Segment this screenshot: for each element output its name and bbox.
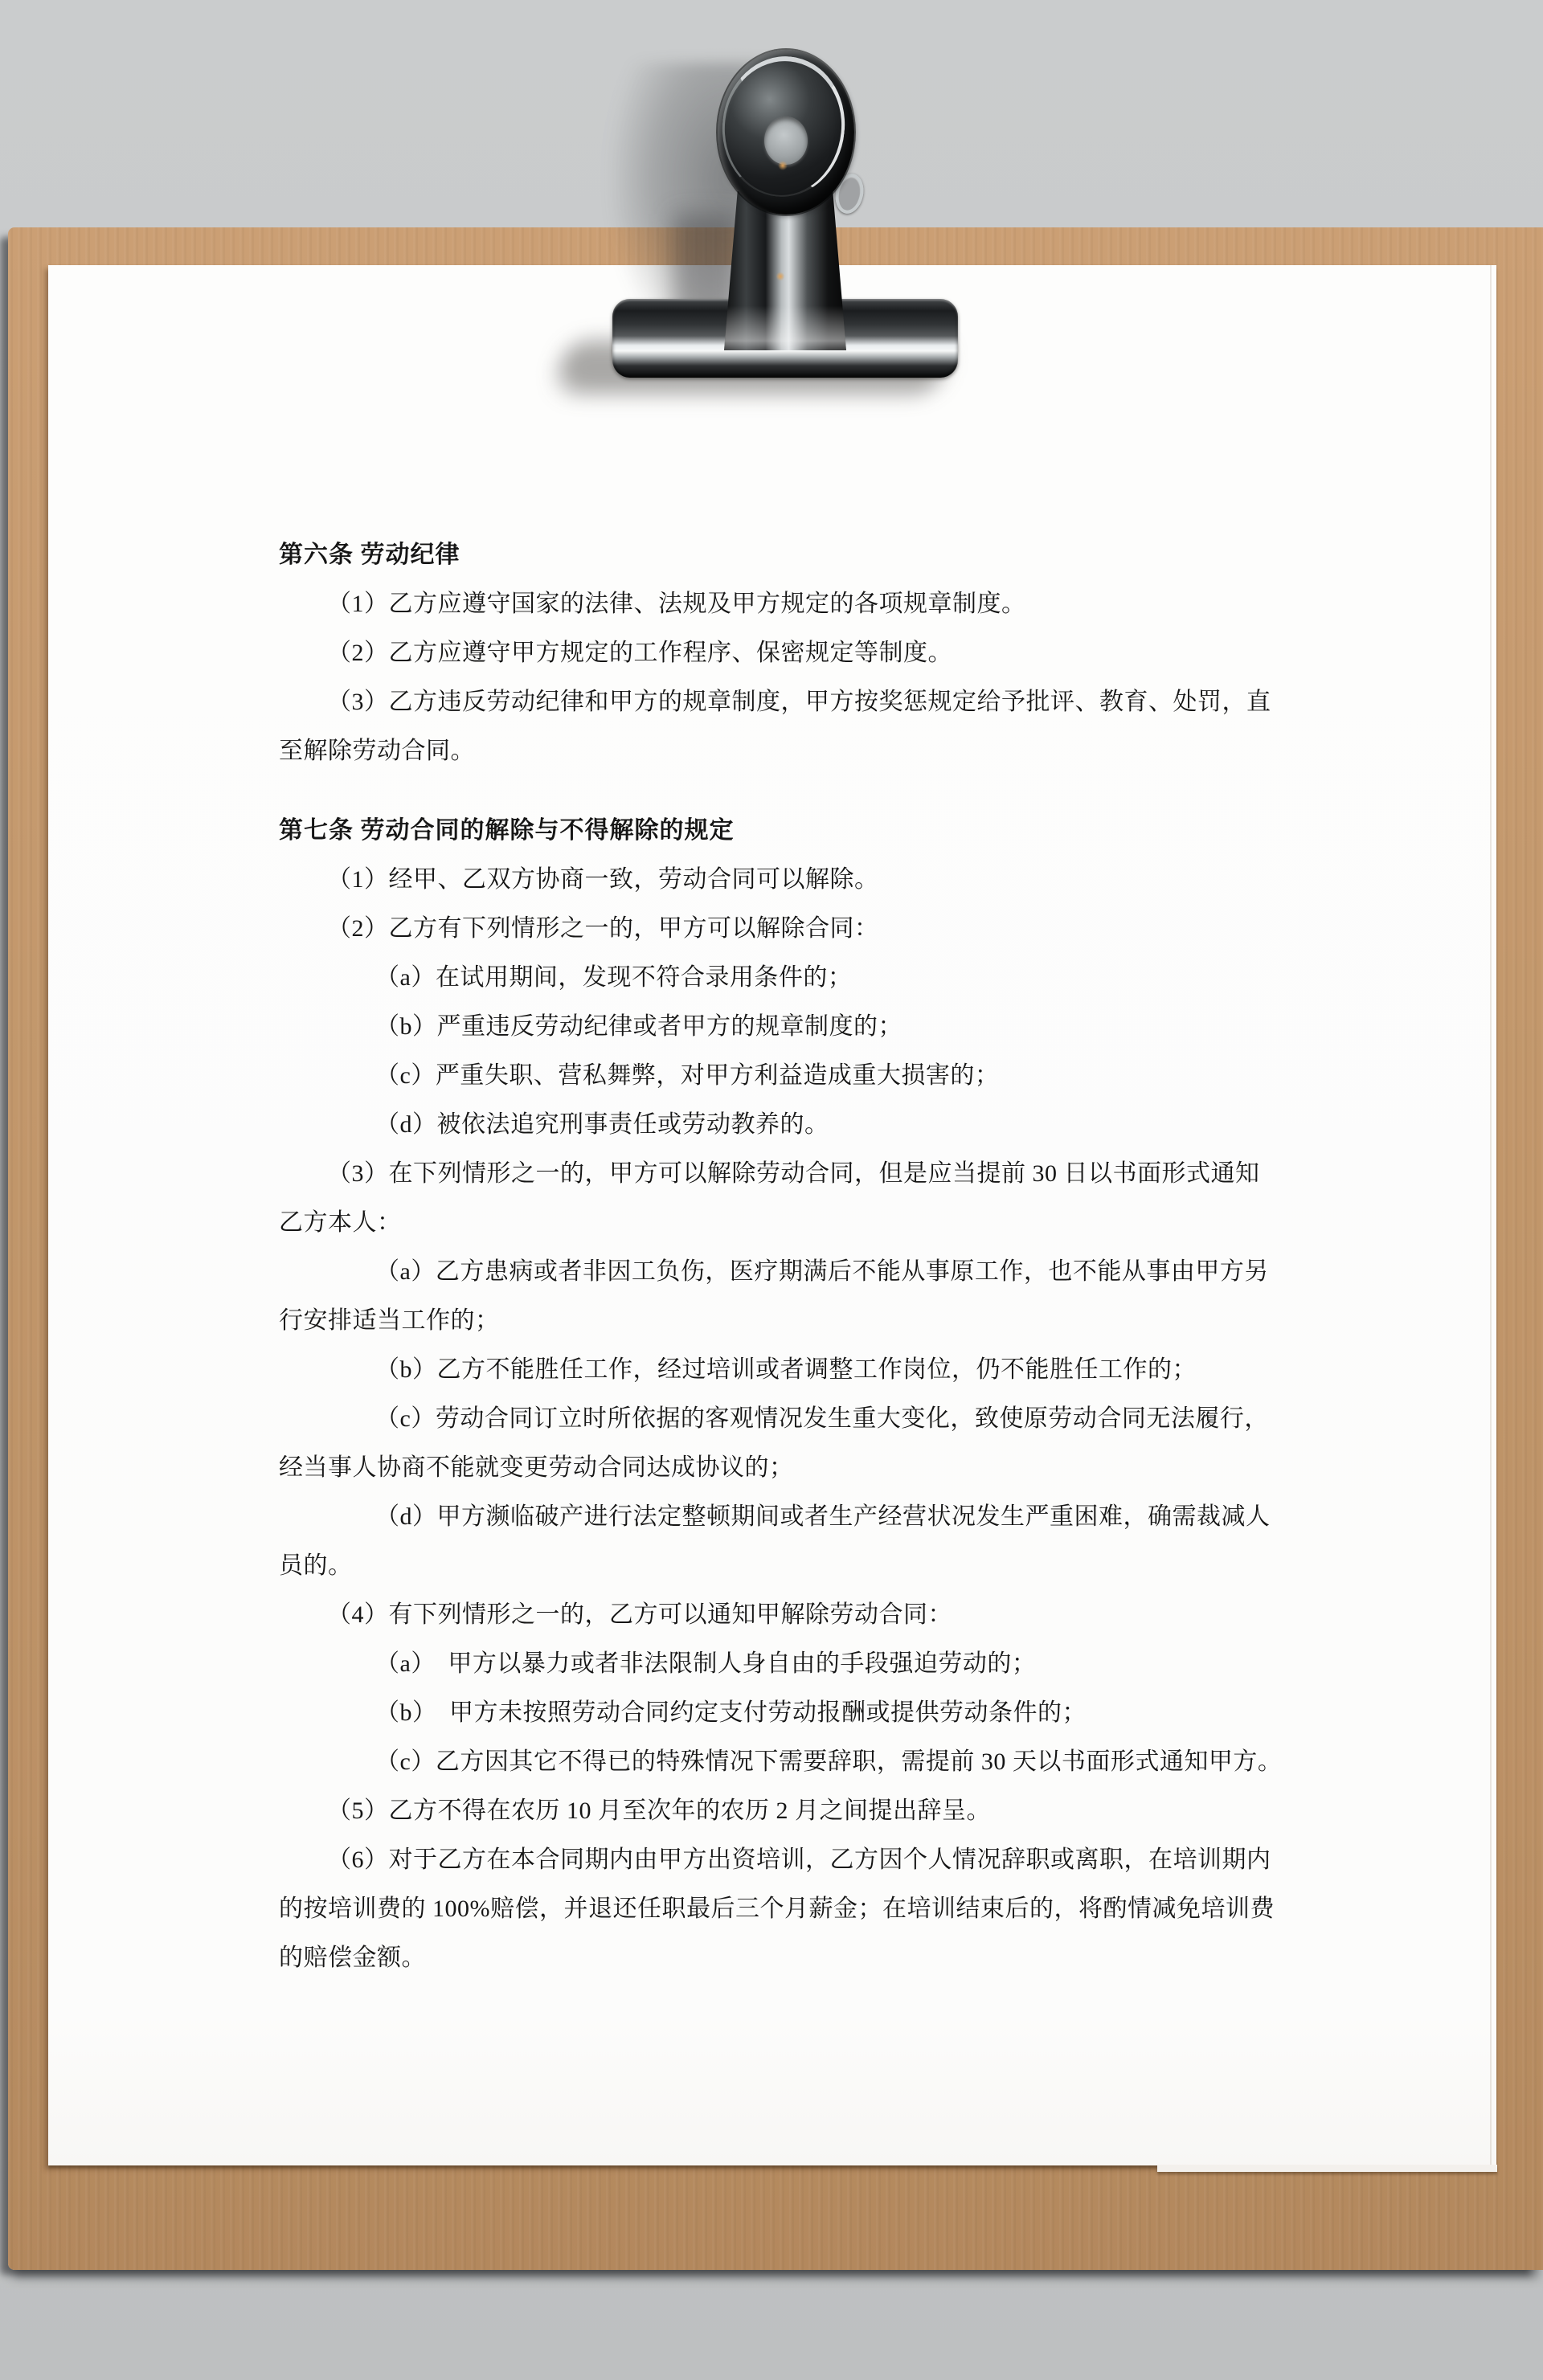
paper-bottom-sheet-edge	[1157, 2165, 1497, 2172]
doc-body-line: （5）乙方不得在农历 10 月至次年的农历 2 月之间提出辞呈。	[279, 1786, 1271, 1835]
doc-heading-line: 第六条 劳动纪律	[279, 530, 1271, 579]
doc-body-line: （3）乙方违反劳动纪律和甲方的规章制度，甲方按奖惩规定给予批评、教育、处罚，直	[279, 677, 1271, 726]
clip-glint	[776, 272, 784, 281]
paper-sheet-edge	[1490, 265, 1492, 2165]
doc-body-line: （a）乙方患病或者非因工负伤，医疗期满后不能从事原工作，也不能从事由甲方另	[279, 1247, 1271, 1296]
doc-body-line: （b）严重违反劳动纪律或者甲方的规章制度的；	[279, 1002, 1271, 1051]
doc-body-line: （4）有下列情形之一的，乙方可以通知甲解除劳动合同：	[279, 1590, 1271, 1639]
binder-clip-neck	[724, 191, 846, 350]
doc-body-line: 的赔偿金额。	[279, 1933, 1271, 1982]
doc-body-line: （c）乙方因其它不得已的特殊情况下需要辞职，需提前 30 天以书面形式通知甲方。	[279, 1737, 1271, 1786]
doc-body-line: 经当事人协商不能就变更劳动合同达成协议的；	[279, 1443, 1271, 1492]
doc-body-line: （1）乙方应遵守国家的法律、法规及甲方规定的各项规章制度。	[279, 579, 1271, 628]
document-text: 第六条 劳动纪律（1）乙方应遵守国家的法律、法规及甲方规定的各项规章制度。（2）…	[279, 530, 1271, 1982]
photo-background: 第六条 劳动纪律（1）乙方应遵守国家的法律、法规及甲方规定的各项规章制度。（2）…	[0, 0, 1543, 2380]
doc-body-line: 乙方本人：	[279, 1198, 1271, 1247]
doc-body-line: 至解除劳动合同。	[279, 726, 1271, 775]
binder-clip-head	[718, 50, 854, 215]
doc-body-line: （d）甲方濒临破产进行法定整顿期间或者生产经营状况发生严重困难，确需裁减人	[279, 1492, 1271, 1541]
doc-heading-line: 第七条 劳动合同的解除与不得解除的规定	[279, 806, 1271, 855]
binder-clip-hole	[764, 117, 808, 165]
doc-body-line: 行安排适当工作的；	[279, 1296, 1271, 1345]
doc-body-line: （a）在试用期间，发现不符合录用条件的；	[279, 953, 1271, 1002]
clip-glint	[778, 161, 788, 170]
doc-body-line: （d）被依法追究刑事责任或劳动教养的。	[279, 1100, 1271, 1149]
doc-body-line: （2）乙方有下列情形之一的，甲方可以解除合同：	[279, 904, 1271, 953]
doc-body-line: 的按培训费的 100%赔偿，并退还任职最后三个月薪金；在培训结束后的，将酌情减免…	[279, 1884, 1271, 1933]
doc-body-line: （3）在下列情形之一的，甲方可以解除劳动合同，但是应当提前 30 日以书面形式通…	[279, 1149, 1271, 1198]
doc-body-line: 员的。	[279, 1541, 1271, 1590]
doc-body-line: （c）劳动合同订立时所依据的客观情况发生重大变化，致使原劳动合同无法履行，	[279, 1394, 1271, 1443]
doc-body-line: （b） 甲方未按照劳动合同约定支付劳动报酬或提供劳动条件的；	[279, 1688, 1271, 1737]
doc-body-line: （2）乙方应遵守甲方规定的工作程序、保密规定等制度。	[279, 628, 1271, 677]
doc-body-line: （a） 甲方以暴力或者非法限制人身自由的手段强迫劳动的；	[279, 1639, 1271, 1688]
doc-body-line: （c）严重失职、营私舞弊，对甲方利益造成重大损害的；	[279, 1051, 1271, 1100]
doc-body-line: （b）乙方不能胜任工作，经过培训或者调整工作岗位，仍不能胜任工作的；	[279, 1345, 1271, 1394]
doc-body-line: （1）经甲、乙双方协商一致，劳动合同可以解除。	[279, 855, 1271, 904]
doc-body-line: （6）对于乙方在本合同期内由甲方出资培训，乙方因个人情况辞职或离职，在培训期内	[279, 1835, 1271, 1884]
